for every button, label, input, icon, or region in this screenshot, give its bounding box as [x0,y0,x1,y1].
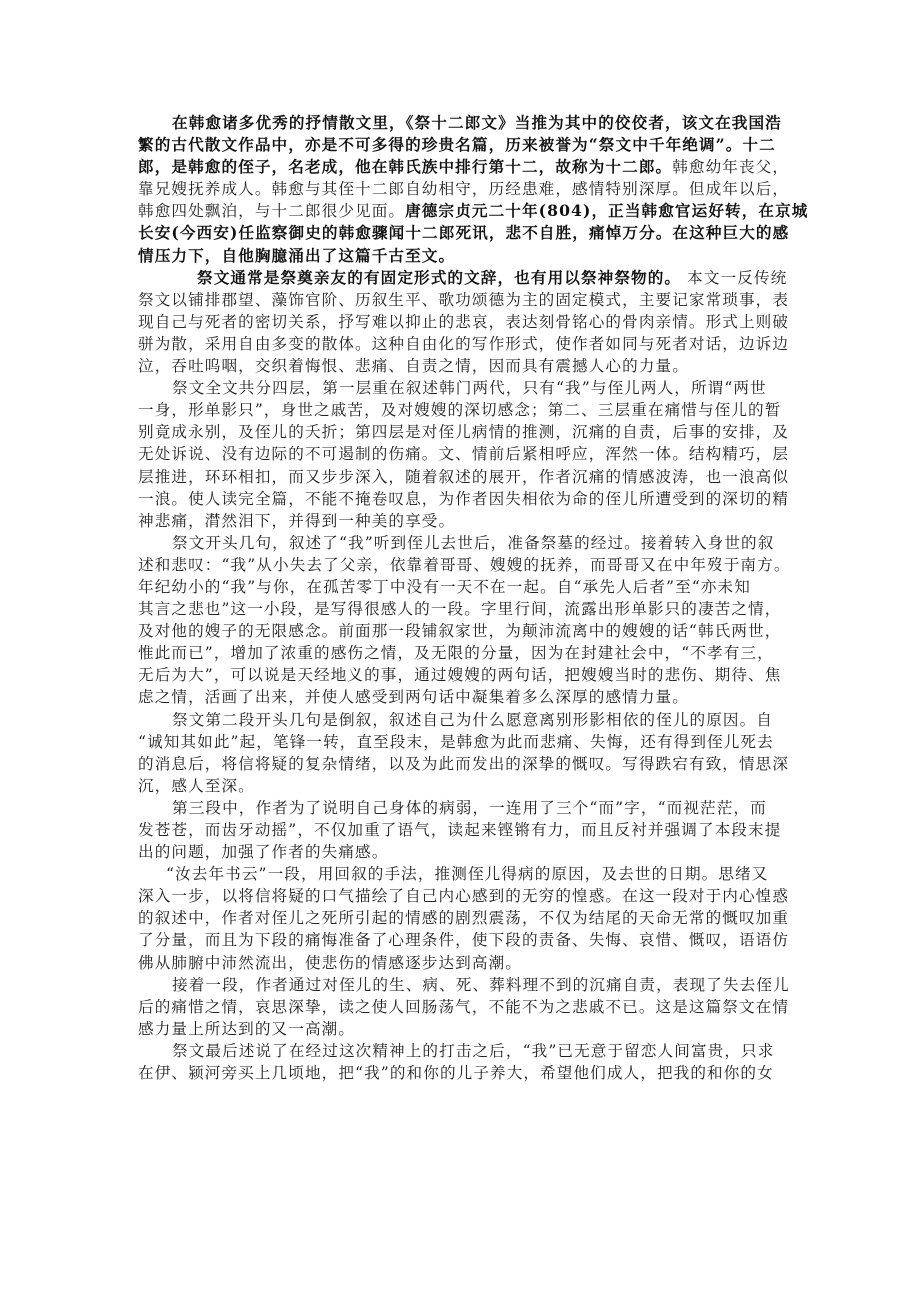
text-line: 发苍苍，而齿牙动摇”，不仅加重了语气，读起来铿锵有力，而且反衬并强调了本段末提 [138,819,774,841]
text-run: 一身，形单影只”，身世之戚苦，及对嫂嫂的深切感念；第二、三层重在痛惜与侄儿的暂 [138,401,781,419]
text-run: 惟此而已”，增加了浓重的感伤之情，及无限的分量，因为在封建社会中，“不孝有三， [138,644,774,662]
bold-text-run: 长安(今西安)任监察御史的韩愈骤闻十二郎死讯，悲不自胜，痛悼万分。在这种巨大的感 [138,223,789,242]
text-run: 现自己与死者的密切关系，抒写难以抑止的悲哀，表达刻骨铭心的骨肉亲情。形式上则破 [138,313,789,331]
text-run: 无后为大”，可以说是天经地义的事，通过嫂嫂的两句话，把嫂嫂当时的悲伤、期待、焦 [138,666,781,684]
text-run: 发苍苍，而齿牙动摇”，不仅加重了语气，读起来铿锵有力，而且反衬并强调了本段末提 [138,821,781,839]
text-line: 无后为大”，可以说是天经地义的事，通过嫂嫂的两句话，把嫂嫂当时的悲伤、期待、焦 [138,664,774,686]
text-run: 的消息后，将信将疑的复杂情绪，以及为此而发出的深挚的慨叹。写得跌宕有致，情思深 [138,755,789,773]
bold-text-run: 祭文通常是祭奠亲友的有固定形式的文辞，也有用以祭神祭物的。 [197,268,681,287]
text-line: 无处诉说、没有边际的不可遏制的伤痛。文、情前后紧相呼应，浑然一体。结构精巧，层 [138,443,774,465]
text-line: 深入一步，以将信将疑的口气描绘了自己内心感到的无穷的惶惑。在这一段对于内心惶惑 [138,885,774,907]
text-run: 祭文最后述说了在经过这次精神上的打击之后，“我”已无意于留恋人间富贵，只求 [172,1042,774,1060]
text-line: 祭文通常是祭奠亲友的有固定形式的文辞，也有用以祭神祭物的。 本文一反传统 [138,267,774,289]
text-run: 层推进，环环相扣，而又步步深入，随着叙述的展开，作者沉痛的情感波涛，也一浪高似 [138,468,789,486]
text-line: 在伊、颍河旁买上几顷地，把“我”的和你的儿子养大，希望他们成人，把我的和你的女 [138,1062,774,1084]
text-line: 的消息后，将信将疑的复杂情绪，以及为此而发出的深挚的慨叹。写得跌宕有致，情思深 [138,753,774,775]
text-line: 繁的古代散文作品中，亦是不可多得的珍贵名篇，历来被誉为“祭文中千年绝调”。十二 [138,134,774,156]
text-line: 接着一段，作者通过对侄儿的生、病、死、葬料理不到的沉痛自责，表现了失去侄儿 [138,974,774,996]
text-run: 靠兄嫂抚养成人。韩愈与其侄十二郎自幼相守，历经患难，感情特别深厚。但成年以后， [138,180,789,198]
text-line: 第三段中，作者为了说明自己身体的病弱，一连用了三个“而”字，“而视茫茫，而 [138,797,774,819]
text-line: 骈为散，采用自由多变的散体。这种自由化的写作形式，使作者如同与死者对话，边诉边 [138,333,774,355]
text-run: 韩愈四处飘泊，与十二郎很少见面。 [138,202,405,220]
text-run: 第三段中，作者为了说明自己身体的病弱，一连用了三个“而”字，“而视茫茫，而 [172,799,767,817]
text-line: 沉，感人至深。 [138,775,774,797]
text-run: 的叙述中，作者对侄儿之死所引起的情感的剧烈震荡，不仅为结尾的天命无常的慨叹加重 [138,909,789,927]
text-line: 祭文第二段开头几句是倒叙，叙述自己为什么愿意离别形影相依的侄儿的原因。自 [138,709,774,731]
text-line: 韩愈四处飘泊，与十二郎很少见面。唐德宗贞元二十年(804)，正当韩愈官运好转，在… [138,200,774,222]
text-line: 靠兄嫂抚养成人。韩愈与其侄十二郎自幼相守，历经患难，感情特别深厚。但成年以后， [138,178,774,200]
text-run: 祭文全文共分四层，第一层重在叙述韩门两代，只有“我”与侄儿两人，所谓“两世 [172,379,767,397]
text-run: “汝去年书云”一段，用回叙的手法，推测侄儿得病的原因，及去世的日期。思绪又 [166,865,768,883]
text-line: 祭文全文共分四层，第一层重在叙述韩门两代，只有“我”与侄儿两人，所谓“两世 [138,377,774,399]
text-line: 神悲痛，潸然泪下，并得到一种美的享受。 [138,510,774,532]
text-run: 年纪幼小的“我”与你，在孤苦零丁中没有一天不在一起。自“承先人后者”至“亦未知 [138,578,751,596]
text-run: 一浪。使人读完全篇，不能不掩卷叹息，为作者因失相依为命的侄儿所遭受到的深切的精 [138,490,789,508]
text-run: “诚知其如此”起，笔锋一转，直至段末，是韩愈为此而悲痛、失悔，还有得到侄儿死去 [138,733,774,751]
text-run: 其言之悲也”这一小段，是写得很感人的一段。字里行间，流露出形单影只的凄苦之情， [138,600,781,618]
text-line: 层推进，环环相扣，而又步步深入，随着叙述的展开，作者沉痛的情感波涛，也一浪高似 [138,466,774,488]
text-line: 述和悲叹：“我”从小失去了父亲，依靠着哥哥、嫂嫂的抚养，而哥哥又在中年歿于南方。 [138,554,774,576]
text-line: “诚知其如此”起，笔锋一转，直至段末，是韩愈为此而悲痛、失悔，还有得到侄儿死去 [138,731,774,753]
text-line: 的叙述中，作者对侄儿之死所引起的情感的剧烈震荡，不仅为结尾的天命无常的慨叹加重 [138,907,774,929]
text-line: 泣，吞吐呜咽，交织着悔恨、悲痛、自责之情，因而具有震撼人心的力量。 [138,355,774,377]
text-run: 及对他的嫂子的无限感念。前面那一段铺叙家世，为颠沛流离中的嫂嫂的话“韩氏两世， [138,622,781,640]
text-line: 了分量，而且为下段的痛悔准备了心理条件，使下段的责备、失悔、哀惜、慨叹，语语仿 [138,929,774,951]
text-run: 韩愈幼年丧父， [672,158,789,176]
text-run: 沉，感人至深。 [138,777,255,795]
text-line: 虑之情，活画了出来，并使人感受到两句话中凝集着多么深厚的感情力量。 [138,686,774,708]
text-run: 深入一步，以将信将疑的口气描绘了自己内心感到的无穷的惶惑。在这一段对于内心惶惑 [138,887,789,905]
bold-text-run: 在韩愈诸多优秀的抒情散文里，《祭十二郎文》当推为其中的佼佼者，该文在我国浩 [172,113,782,132]
text-line: 郎，是韩愈的侄子，名老成，他在韩氏族中排行第十二，故称为十二郎。韩愈幼年丧父， [138,156,774,178]
text-line: 别竟成永别，及侄儿的夭折；第四层是对侄儿病情的推测，沉痛的自责，后事的安排，及 [138,421,774,443]
bold-text-run: 情压力下，自他胸臆涌出了这篇千古至文。 [138,246,455,265]
text-line: 出的问题，加强了作者的失痛感。 [138,841,774,863]
text-line: 及对他的嫂子的无限感念。前面那一段铺叙家世，为颠沛流离中的嫂嫂的话“韩氏两世， [138,620,774,642]
text-line: 现自己与死者的密切关系，抒写难以抑止的悲哀，表达刻骨铭心的骨肉亲情。形式上则破 [138,311,774,333]
text-line: 后的痛惜之情，哀思深挚，读之使人回肠荡气，不能不为之悲戚不已。这是这篇祭文在情 [138,996,774,1018]
text-run: 无处诉说、没有边际的不可遏制的伤痛。文、情前后紧相呼应，浑然一体。结构精巧，层 [138,445,789,463]
document-page: 在韩愈诸多优秀的抒情散文里，《祭十二郎文》当推为其中的佼佼者，该文在我国浩繁的古… [138,112,774,1084]
text-run: 佛从肺腑中沛然流出，使悲伤的情感逐步达到高潮。 [138,954,522,972]
text-run: 泣，吞吐呜咽，交织着悔恨、悲痛、自责之情，因而具有震撼人心的力量。 [138,357,689,375]
text-run: 祭文开头几句，叙述了“我”听到侄儿去世后，准备祭墓的经过。接着转入身世的叙 [172,534,774,552]
bold-text-run: 唐德宗贞元二十年(804)，正当韩愈官运好转，在京城 [405,201,808,220]
text-line: 年纪幼小的“我”与你，在孤苦零丁中没有一天不在一起。自“承先人后者”至“亦未知 [138,576,774,598]
text-run: 本文一反传统 [681,269,787,287]
text-line: 感力量上所达到的又一高潮。 [138,1018,774,1040]
bold-text-run: 郎，是韩愈的侄子，名老成，他在韩氏族中排行第十二，故称为十二郎。 [138,157,672,176]
text-run: 虑之情，活画了出来，并使人感受到两句话中凝集着多么深厚的感情力量。 [138,688,689,706]
text-run: 别竟成永别，及侄儿的夭折；第四层是对侄儿病情的推测，沉痛的自责，后事的安排，及 [138,423,789,441]
text-run: 出的问题，加强了作者的失痛感。 [138,843,388,861]
text-run: 在伊、颍河旁买上几顷地，把“我”的和你的儿子养大，希望他们成人，把我的和你的女 [138,1064,774,1082]
text-run: 祭文第二段开头几句是倒叙，叙述自己为什么愿意离别形影相依的侄儿的原因。自 [172,711,773,729]
text-run: 了分量，而且为下段的痛悔准备了心理条件，使下段的责备、失悔、哀惜、慨叹，语语仿 [138,931,789,949]
bold-text-run: 繁的古代散文作品中，亦是不可多得的珍贵名篇，历来被誉为“祭文中千年绝调”。十二 [138,135,776,154]
text-line: 长安(今西安)任监察御史的韩愈骤闻十二郎死讯，悲不自胜，痛悼万分。在这种巨大的感 [138,222,774,244]
text-run: 祭文以铺排郡望、藻饰官阶、历叙生平、歌功颂德为主的固定模式，主要记家常琐事，表 [138,291,789,309]
text-run: 接着一段，作者通过对侄儿的生、病、死、葬料理不到的沉痛自责，表现了失去侄儿 [172,976,790,994]
text-line: 祭文以铺排郡望、藻饰官阶、历叙生平、歌功颂德为主的固定模式，主要记家常琐事，表 [138,289,774,311]
text-line: 在韩愈诸多优秀的抒情散文里，《祭十二郎文》当推为其中的佼佼者，该文在我国浩 [138,112,774,134]
text-line: 一浪。使人读完全篇，不能不掩卷叹息，为作者因失相依为命的侄儿所遭受到的深切的精 [138,488,774,510]
text-line: 其言之悲也”这一小段，是写得很感人的一段。字里行间，流露出形单影只的凄苦之情， [138,598,774,620]
text-run: 后的痛惜之情，哀思深挚，读之使人回肠荡气，不能不为之悲戚不已。这是这篇祭文在情 [138,998,789,1016]
text-line: 惟此而已”，增加了浓重的感伤之情，及无限的分量，因为在封建社会中，“不孝有三， [138,642,774,664]
text-run: 述和悲叹：“我”从小失去了父亲，依靠着哥哥、嫂嫂的抚养，而哥哥又在中年歿于南方。 [138,556,791,574]
text-line: 祭文最后述说了在经过这次精神上的打击之后，“我”已无意于留恋人间富贵，只求 [138,1040,774,1062]
text-line: 佛从肺腑中沛然流出，使悲伤的情感逐步达到高潮。 [138,952,774,974]
text-run: 骈为散，采用自由多变的散体。这种自由化的写作形式，使作者如同与死者对话，边诉边 [138,335,789,353]
text-run: 感力量上所达到的又一高潮。 [138,1020,355,1038]
text-line: 情压力下，自他胸臆涌出了这篇千古至文。 [138,245,774,267]
text-line: “汝去年书云”一段，用回叙的手法，推测侄儿得病的原因，及去世的日期。思绪又 [138,863,774,885]
text-run: 神悲痛，潸然泪下，并得到一种美的享受。 [138,512,455,530]
text-line: 祭文开头几句，叙述了“我”听到侄儿去世后，准备祭墓的经过。接着转入身世的叙 [138,532,774,554]
text-line: 一身，形单影只”，身世之戚苦，及对嫂嫂的深切感念；第二、三层重在痛惜与侄儿的暂 [138,399,774,421]
